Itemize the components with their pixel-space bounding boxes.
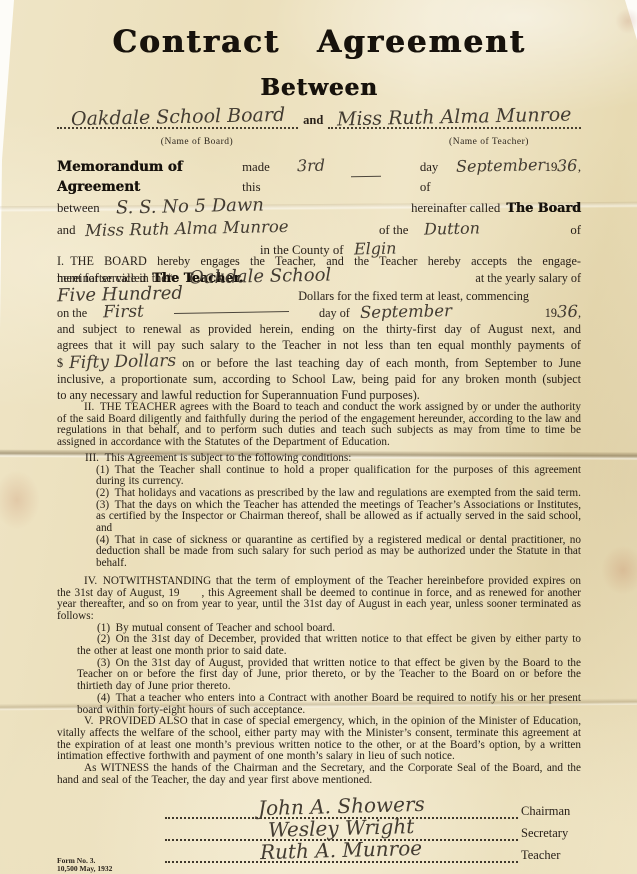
and-label-2: and	[57, 221, 75, 240]
start-month-handwritten: September	[360, 303, 452, 321]
school-name-handwritten: Oakdale School	[189, 268, 332, 287]
section-3: III. This Agreement is subject to the fo…	[85, 453, 581, 570]
document-subtitle: Between	[57, 74, 581, 101]
between-label: between	[57, 198, 100, 218]
print-run: 10,500 May, 1932	[57, 865, 581, 873]
section-3-item-4: (4) That in case of sickness or quaranti…	[96, 535, 581, 570]
township-handwritten: Dutton	[424, 218, 480, 238]
section-1-line-5: and subject to renewal as provided herei…	[57, 321, 581, 337]
day-of-label: day of	[420, 157, 447, 197]
teacher-name-handwritten: Miss Ruth Alma Munroe	[337, 104, 572, 131]
teacher-name-fill: Miss Ruth Alma Munroe	[328, 106, 581, 129]
hereinafter-board-label: hereinafter called	[411, 198, 500, 218]
section-1-line-4: on the First day of September 19 36 ,	[57, 304, 581, 321]
dollar-sign: $	[57, 355, 63, 371]
section-5-paragraph: V. PROVIDED ALSO that in case of special…	[57, 716, 581, 763]
signature-block: John A. Showers Chairman Wesley Wright S…	[57, 797, 581, 863]
and-label: and	[298, 113, 328, 129]
teacher-caption: (Name of Teacher)	[449, 137, 529, 147]
handwritten-dash-2	[174, 311, 289, 314]
section-4-item-4: (4) That a teacher who enters into a Con…	[77, 693, 581, 716]
memo-line-1: Memorandum of Agreement made this 3rd da…	[57, 156, 581, 197]
year-printed-2: 19	[545, 305, 557, 321]
secretary-role-label: Secretary	[518, 826, 581, 841]
witness-paragraph: As WITNESS the hands of the Chairman and…	[57, 763, 581, 786]
section-3-heading: III. This Agreement is subject to the fo…	[85, 453, 581, 465]
section-2-paragraph: II. THE TEACHER agrees with the Board to…	[57, 402, 581, 449]
section-1: I. THE BOARD hereby engages the Teacher,…	[57, 253, 581, 404]
board-section-handwritten: S. S. No 5 Dawn	[115, 195, 263, 218]
board-name-fill: Oakdale School Board	[57, 106, 298, 129]
on-the-label: on the	[57, 305, 87, 321]
month-handwritten: September	[455, 155, 545, 177]
board-caption: (Name of Board)	[161, 137, 233, 147]
parties-row: Oakdale School Board and Miss Ruth Alma …	[57, 106, 581, 129]
section-4-intro: IV. NOTWITHSTANDING that the term of emp…	[57, 576, 581, 623]
yearly-salary-label: at the yearly salary of	[475, 270, 581, 286]
section-4: IV. NOTWITHSTANDING that the term of emp…	[57, 576, 581, 716]
comma: ,	[578, 157, 581, 177]
year-handwritten: 36	[557, 156, 578, 176]
teacher-memo-handwritten: Miss Ruth Alma Munroe	[85, 217, 289, 240]
comma-2: ,	[578, 305, 581, 321]
form-note: Form No. 3. 10,500 May, 1932	[57, 857, 581, 873]
section-4-item-2: (2) On the 31st day of December, provide…	[77, 634, 581, 657]
document-title: Contract Agreement	[57, 24, 581, 60]
the-board-label: The Board	[506, 199, 581, 219]
of-label: of	[570, 221, 581, 240]
section-3-item-2: (2) That holidays and vacations as presc…	[96, 488, 581, 500]
board-name-handwritten: Oakdale School Board	[70, 104, 285, 130]
handwritten-dash	[351, 176, 381, 178]
lower-sections: II. THE TEACHER agrees with the Board to…	[57, 402, 581, 787]
contract-document: Contract Agreement Between Oakdale Schoo…	[57, 0, 581, 874]
section-1-line-7: $ Fifty Dollars on or before the last te…	[57, 354, 581, 371]
start-year-handwritten: 36	[557, 304, 578, 321]
monthly-payment-handwritten: Fifty Dollars	[69, 353, 176, 372]
section-1-line-8: inclusive, a proportionate sum, accordin…	[57, 371, 581, 387]
payment-terms-text: on or before the last teaching day of ea…	[182, 355, 581, 371]
section-3-item-1: (1) That the Teacher shall continue to h…	[96, 465, 581, 488]
day-handwritten: 3rd	[297, 156, 325, 177]
section-3-item-3: (3) That the days on which the Teacher h…	[96, 500, 581, 535]
of-the-label: of the	[379, 221, 409, 240]
day-of-label-2: day of	[319, 305, 350, 321]
form-number: Form No. 3.	[57, 857, 581, 865]
parties-captions: (Name of Board) (Name of Teacher)	[57, 137, 581, 151]
scanned-contract-page: Contract Agreement Between Oakdale Schoo…	[0, 0, 637, 874]
memo-line-2: between S. S. No 5 Dawn hereinafter call…	[57, 197, 581, 219]
start-day-handwritten: First	[103, 303, 144, 320]
made-this-label: made this	[242, 157, 284, 197]
memo-lead: Memorandum of Agreement	[57, 157, 237, 197]
chairman-role-label: Chairman	[518, 804, 581, 819]
memo-line-3: and Miss Ruth Alma Munroe of the Dutton …	[57, 219, 581, 240]
section-4-item-3: (3) On the 31st day of August, provided …	[77, 658, 581, 693]
year-printed: 19	[545, 157, 558, 177]
